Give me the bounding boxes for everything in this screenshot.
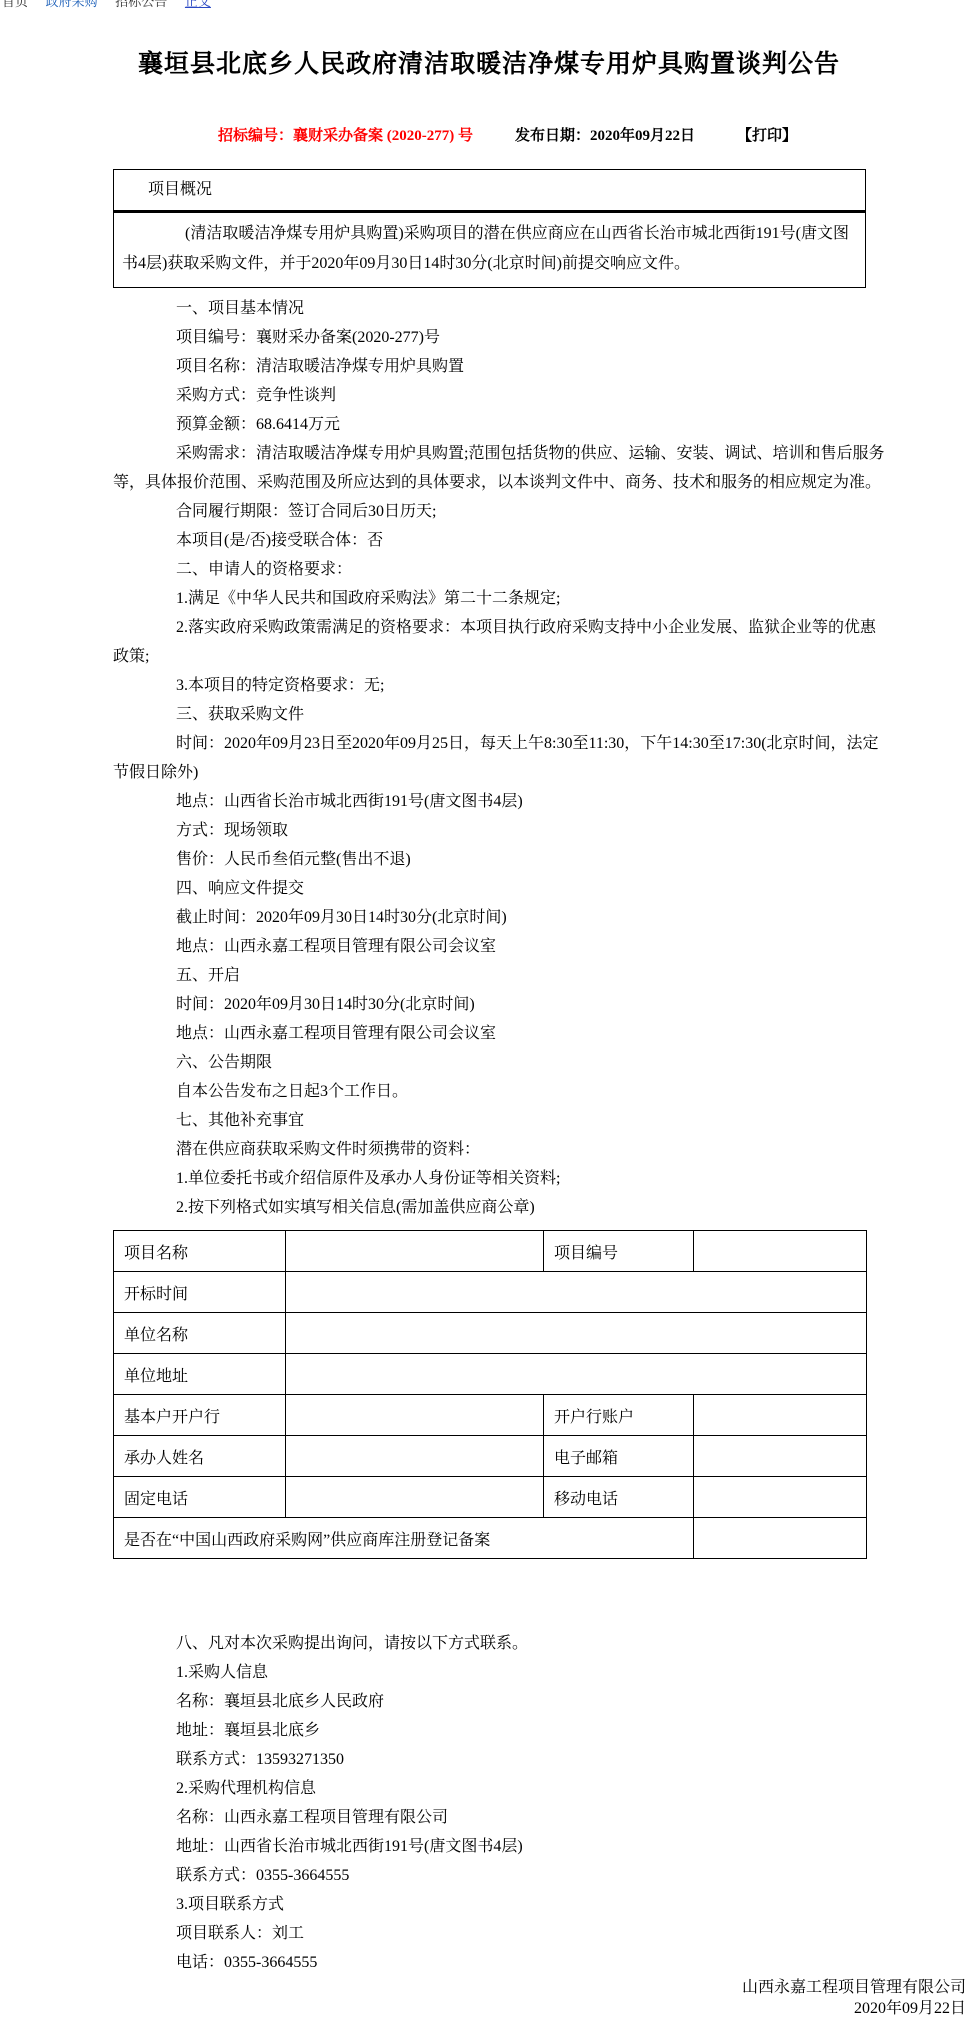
table-row: 基本户开户行开户行账户	[114, 1395, 867, 1436]
table-empty-cell	[694, 1477, 867, 1518]
print-button[interactable]: 【打印】	[737, 124, 797, 145]
table-label-cell: 项目编号	[544, 1231, 694, 1272]
table-label-cell: 单位地址	[114, 1354, 286, 1395]
body-paragraph: 合同履行期限：签订合同后30日历天;	[113, 497, 890, 526]
body-paragraph: 1.满足《中华人民共和国政府采购法》第二十二条规定;	[113, 584, 890, 613]
page-title: 襄垣县北底乡人民政府清洁取暖洁净煤专用炉具购置谈判公告	[0, 44, 978, 80]
body-paragraph: 七、其他补充事宜	[113, 1106, 890, 1135]
table-empty-cell	[286, 1231, 544, 1272]
table-row: 是否在“中国山西政府采购网”供应商库注册登记备案	[114, 1518, 867, 1559]
table-empty-cell	[286, 1313, 867, 1354]
body-paragraph: 自本公告发布之日起3个工作日。	[113, 1077, 890, 1106]
table-row: 承办人姓名电子邮箱	[114, 1436, 867, 1477]
table-label-cell: 开户行账户	[544, 1395, 694, 1436]
announcement-body-section-8-contacts: 八、凡对本次采购提出询问，请按以下方式联系。 1.采购人信息 名称：襄垣县北底乡…	[113, 1629, 890, 1977]
meta-line: 招标编号：襄财采办备案 (2020-277) 号 发布日期：2020年09月22…	[0, 124, 978, 145]
table-empty-cell	[286, 1272, 867, 1313]
breadcrumb-link[interactable]: 政府采购	[46, 0, 98, 8]
footer-date: 2020年09月22日	[0, 1998, 966, 2019]
body-paragraph: 采购方式：竞争性谈判	[113, 381, 890, 410]
table-empty-cell	[286, 1436, 544, 1477]
table-row: 单位名称	[114, 1313, 867, 1354]
table-label-cell: 固定电话	[114, 1477, 286, 1518]
table-label-cell: 开标时间	[114, 1272, 286, 1313]
announcement-page: 首页 政府采购 招标公告 正文 襄垣县北底乡人民政府清洁取暖洁净煤专用炉具购置谈…	[0, 0, 978, 2019]
body-paragraph: 地点：山西永嘉工程项目管理有限公司会议室	[113, 1019, 890, 1048]
body-paragraph: 预算金额：68.6414万元	[113, 410, 890, 439]
footer-org: 山西永嘉工程项目管理有限公司	[0, 1977, 966, 1998]
body-paragraph: 潜在供应商获取采购文件时须携带的资料：	[113, 1135, 890, 1164]
table-label-cell: 电子邮箱	[544, 1436, 694, 1477]
body-paragraph: 1.采购人信息	[113, 1658, 890, 1687]
body-paragraph: 六、公告期限	[113, 1048, 890, 1077]
body-paragraph: 名称：山西永嘉工程项目管理有限公司	[113, 1803, 890, 1832]
doc-footer: 山西永嘉工程项目管理有限公司 2020年09月22日	[0, 1977, 978, 2019]
table-row: 固定电话移动电话	[114, 1477, 867, 1518]
table-empty-cell	[694, 1231, 867, 1272]
table-label-cell: 项目名称	[114, 1231, 286, 1272]
body-paragraph: 1.单位委托书或介绍信原件及承办人身份证等相关资料;	[113, 1164, 890, 1193]
body-paragraph: 地址：山西省长治市城北西街191号(唐文图书4层)	[113, 1832, 890, 1861]
body-paragraph: 八、凡对本次采购提出询问，请按以下方式联系。	[113, 1629, 890, 1658]
body-paragraph: 四、响应文件提交	[113, 874, 890, 903]
body-paragraph: 五、开启	[113, 961, 890, 990]
body-paragraph: 电话：0355-3664555	[113, 1948, 890, 1977]
overview-box: 项目概况 (清洁取暖洁净煤专用炉具购置)采购项目的潜在供应商应在山西省长治市城北…	[113, 169, 866, 288]
body-paragraph: 三、获取采购文件	[113, 700, 890, 729]
overview-header: 项目概况	[114, 170, 865, 213]
body-paragraph: 截止时间：2020年09月30日14时30分(北京时间)	[113, 903, 890, 932]
table-row: 项目名称项目编号	[114, 1231, 867, 1272]
body-paragraph: 联系方式：13593271350	[113, 1745, 890, 1774]
body-paragraph: 地点：山西省长治市城北西街191号(唐文图书4层)	[113, 787, 890, 816]
body-paragraph: 项目编号：襄财采办备案(2020-277)号	[113, 323, 890, 352]
announcement-body-sections-1-7: 一、项目基本情况 项目编号：襄财采办备案(2020-277)号 项目名称：清洁取…	[113, 294, 890, 1222]
body-paragraph: 3.项目联系方式	[113, 1890, 890, 1919]
table-row: 单位地址	[114, 1354, 867, 1395]
table-empty-cell	[286, 1477, 544, 1518]
breadcrumb-link[interactable]: 正文	[185, 0, 211, 8]
table-label-cell: 基本户开户行	[114, 1395, 286, 1436]
bid-number: 招标编号：襄财采办备案 (2020-277) 号	[218, 124, 473, 145]
body-paragraph: 名称：襄垣县北底乡人民政府	[113, 1687, 890, 1716]
table-label-cell: 移动电话	[544, 1477, 694, 1518]
body-paragraph: 2.按下列格式如实填写相关信息(需加盖供应商公章)	[113, 1193, 890, 1222]
body-paragraph: 项目联系人：刘工	[113, 1919, 890, 1948]
overview-body: (清洁取暖洁净煤专用炉具购置)采购项目的潜在供应商应在山西省长治市城北西街191…	[114, 213, 865, 287]
table-row: 开标时间	[114, 1272, 867, 1313]
body-paragraph: 地址：襄垣县北底乡	[113, 1716, 890, 1745]
body-paragraph: 联系方式：0355-3664555	[113, 1861, 890, 1890]
body-paragraph: 3.本项目的特定资格要求：无;	[113, 671, 890, 700]
body-paragraph: 本项目(是/否)接受联合体：否	[113, 526, 890, 555]
table-empty-cell	[694, 1395, 867, 1436]
breadcrumb-link[interactable]: 招标公告	[115, 0, 167, 8]
table-label-cell: 单位名称	[114, 1313, 286, 1354]
body-paragraph: 一、项目基本情况	[113, 294, 890, 323]
supplier-info-table: 项目名称项目编号开标时间单位名称单位地址基本户开户行开户行账户承办人姓名电子邮箱…	[113, 1230, 867, 1559]
body-paragraph: 项目名称：清洁取暖洁净煤专用炉具购置	[113, 352, 890, 381]
body-paragraph: 售价：人民币叁佰元整(售出不退)	[113, 845, 890, 874]
overview-paragraph: (清洁取暖洁净煤专用炉具购置)采购项目的潜在供应商应在山西省长治市城北西街191…	[122, 219, 853, 279]
body-paragraph: 时间：2020年09月23日至2020年09月25日，每天上午8:30至11:3…	[113, 729, 890, 787]
table-label-cell: 承办人姓名	[114, 1436, 286, 1477]
table-empty-cell	[286, 1354, 867, 1395]
table-label-cell: 是否在“中国山西政府采购网”供应商库注册登记备案	[114, 1518, 694, 1559]
body-paragraph: 时间：2020年09月30日14时30分(北京时间)	[113, 990, 890, 1019]
table-empty-cell	[694, 1436, 867, 1477]
publish-date: 发布日期：2020年09月22日	[515, 124, 695, 145]
body-paragraph: 地点：山西永嘉工程项目管理有限公司会议室	[113, 932, 890, 961]
body-paragraph: 2.落实政府采购政策需满足的资格要求：本项目执行政府采购支持中小企业发展、监狱企…	[113, 613, 890, 671]
body-paragraph: 二、申请人的资格要求：	[113, 555, 890, 584]
table-empty-cell	[286, 1395, 544, 1436]
body-paragraph: 采购需求：清洁取暖洁净煤专用炉具购置;范围包括货物的供应、运输、安装、调试、培训…	[113, 439, 890, 497]
body-paragraph: 2.采购代理机构信息	[113, 1774, 890, 1803]
breadcrumb-link[interactable]: 首页	[2, 0, 28, 8]
breadcrumb: 首页 政府采购 招标公告 正文	[0, 0, 978, 8]
body-paragraph: 方式：现场领取	[113, 816, 890, 845]
table-empty-cell	[694, 1518, 867, 1559]
